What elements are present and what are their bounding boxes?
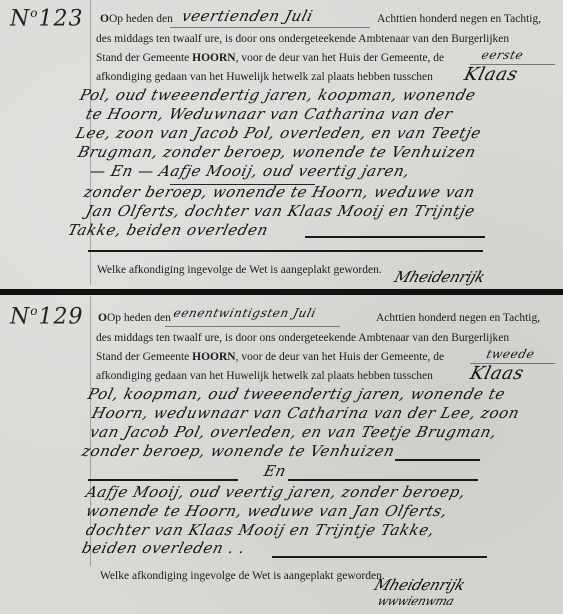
handwritten-date: veertienden Juli bbox=[180, 7, 315, 25]
printed-opening: OOp heden den bbox=[100, 13, 173, 25]
printed-line-4: afkondiging gedaan van het Huwelijk hetw… bbox=[96, 71, 433, 83]
handwritten-line: Pol, oud tweeendertig jaren, koopman, wo… bbox=[78, 86, 478, 104]
handwritten-line: Aafje Mooij, oud veertig jaren, zonder b… bbox=[84, 483, 468, 501]
number-value: 123 bbox=[38, 6, 83, 31]
number-value: 129 bbox=[38, 304, 83, 329]
entry-number: No123 bbox=[10, 6, 83, 31]
fill-rule bbox=[272, 556, 487, 558]
printed-line-3: Stand der Gemeente HOORN, voor de deur v… bbox=[96, 52, 444, 64]
number-prefix: N bbox=[10, 6, 30, 31]
fill-rule bbox=[305, 236, 485, 238]
municipality-name: HOORN bbox=[192, 52, 235, 64]
handwritten-line: zonder beroep, wonende te Hoorn, weduwe … bbox=[82, 183, 477, 201]
handwritten-line: te Hoorn, Weduwnaar van Catharina van de… bbox=[84, 105, 455, 123]
handwritten-line: beiden overleden . . bbox=[80, 539, 247, 557]
handwritten-line: Takke, beiden overleden bbox=[66, 221, 270, 239]
handwritten-ordinal: tweede bbox=[485, 347, 536, 361]
printed-year: Achttien honderd negen en Tachtig, bbox=[376, 312, 540, 324]
number-prefix: N bbox=[10, 304, 30, 329]
handwritten-line: Brugman, zonder beroep, wonende te Venhu… bbox=[76, 143, 478, 161]
proclamation-entry-123: No123 OOp heden den veertienden Juli Ach… bbox=[0, 0, 563, 290]
handwritten-line: dochter van Klaas Mooij en Trijntje Takk… bbox=[84, 521, 437, 539]
handwritten-groom-firstname: Klaas bbox=[468, 363, 526, 384]
entry-separator bbox=[0, 289, 563, 295]
official-signature: Mheidenrijk bbox=[392, 268, 487, 286]
printed-line-2: des middags ten twaalf ure, is door ons … bbox=[96, 33, 509, 45]
fill-rule bbox=[395, 459, 480, 461]
handwritten-en: En bbox=[262, 462, 288, 480]
closing-statement: Welke afkondiging ingevolge de Wet is aa… bbox=[97, 264, 382, 276]
fill-rule bbox=[88, 479, 238, 481]
handwritten-line: zonder beroep, wonende te Venhuizen bbox=[80, 442, 397, 460]
proclamation-entry-129: No129 OOp heden den eenentwintigsten Jul… bbox=[0, 296, 563, 614]
handwritten-line: wonende te Hoorn, weduwe van Jan Olferts… bbox=[84, 502, 449, 520]
printed-line-4: afkondiging gedaan van het Huwelijk hetw… bbox=[96, 370, 433, 382]
fill-rule bbox=[288, 479, 478, 481]
printed-opening: OOp heden den bbox=[98, 312, 171, 324]
date-underline bbox=[165, 326, 340, 327]
fill-rule bbox=[88, 250, 483, 252]
handwritten-line: Jan Olferts, dochter van Klaas Mooij en … bbox=[84, 202, 477, 220]
register-page: No123 OOp heden den veertienden Juli Ach… bbox=[0, 0, 563, 614]
handwritten-line: — En — Aafje Mooij, oud veertig jaren, bbox=[88, 162, 412, 180]
handwritten-line: Hoorn, weduwnaar van Catharina van der L… bbox=[90, 404, 521, 422]
date-underline bbox=[170, 27, 370, 28]
handwritten-line: Pol, koopman, oud tweeendertig jaren, wo… bbox=[86, 385, 507, 403]
printed-line-2: des middags ten twaalf ure, is door ons … bbox=[96, 332, 509, 344]
handwritten-line: Lee, zoon van Jacob Pol, overleden, en v… bbox=[74, 124, 483, 142]
printed-line-3: Stand der Gemeente HOORN, voor de deur v… bbox=[96, 351, 444, 363]
closing-statement: Welke afkondiging ingevolge de Wet is aa… bbox=[100, 570, 385, 582]
official-signature: Mheidenrijk bbox=[372, 576, 467, 594]
municipality-name: HOORN bbox=[192, 351, 235, 363]
handwritten-line: van Jacob Pol, overleden, en van Teetje … bbox=[88, 423, 499, 441]
handwritten-date: eenentwintigsten Juli bbox=[172, 306, 318, 320]
second-signature: wwwienwma bbox=[376, 594, 456, 608]
printed-year: Achttien honderd negen en Tachtig, bbox=[377, 13, 541, 25]
entry-number: No129 bbox=[10, 304, 83, 329]
handwritten-groom-firstname: Klaas bbox=[462, 64, 520, 85]
handwritten-ordinal: eerste bbox=[480, 48, 525, 62]
